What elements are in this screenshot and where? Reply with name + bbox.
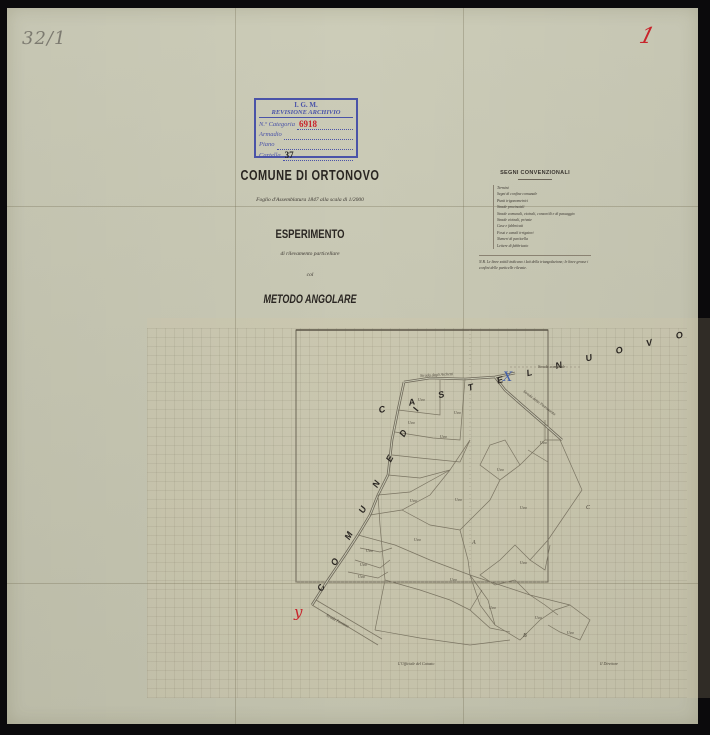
parcel-label: Uva: [489, 605, 496, 610]
parcel-label: Uva: [520, 505, 527, 510]
parcel-label: Uva: [520, 560, 527, 565]
parcel-label: Uva: [418, 397, 425, 402]
external-road-note: Strada comunale: [538, 364, 565, 369]
parcel-label: Uva: [454, 410, 461, 415]
parcel-letter: A: [472, 540, 476, 546]
parcel-label: Uva: [360, 562, 367, 567]
parcel-label: Uva: [450, 577, 457, 582]
parcel-label: Uva: [440, 434, 447, 439]
signature-left: L'Ufficiale del Catasto: [398, 661, 434, 666]
parcel-label: Uva: [455, 497, 462, 502]
triangulation-lines: [296, 330, 548, 582]
parcel-label: Uva: [497, 467, 504, 472]
parcel-label: Uva: [540, 440, 547, 445]
marker-x: X: [503, 370, 512, 385]
parcel-boundaries: [348, 379, 590, 645]
parcel-label: Uva: [410, 498, 417, 503]
parcel-label: Uva: [408, 420, 415, 425]
signature-right: Il Direttore: [600, 661, 618, 666]
parcel-label: Uva: [535, 615, 542, 620]
parcel-letter: B: [523, 633, 527, 639]
parcel-label: Uva: [366, 548, 373, 553]
parcel-label: Uva: [358, 574, 365, 579]
parcel-label: Uva: [414, 537, 421, 542]
marker-y: y: [294, 603, 302, 621]
parcel-label: Uva: [567, 630, 574, 635]
parcel-letter: C: [586, 505, 590, 511]
map-frame: [296, 330, 548, 582]
cadastral-map: [0, 0, 710, 735]
